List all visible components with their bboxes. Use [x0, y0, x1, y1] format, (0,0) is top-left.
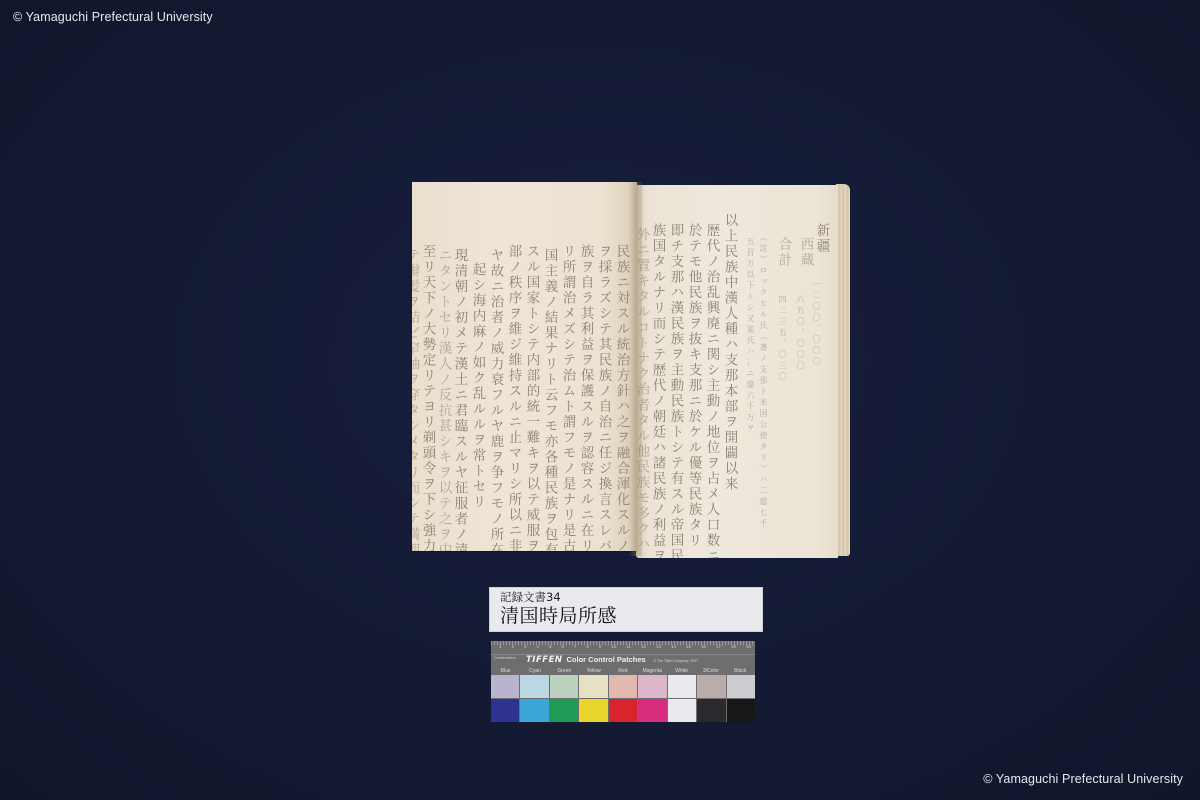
text-column: 即チ支那ハ漢民族ヲ主動民族トシテ有スル帝国民 — [668, 223, 682, 558]
ruler-number: 18 — [731, 644, 736, 649]
book-spine — [628, 182, 642, 556]
ruler-number: 11 — [626, 644, 631, 649]
ruler-number: 2 — [511, 644, 514, 649]
color-patch-saturated — [520, 699, 548, 722]
ruler-number: 13 — [656, 644, 661, 649]
text-column: ヤ故ニ治者ノ威力衰フルヤ鹿ヲ争フモノ所在蜂 — [488, 248, 502, 551]
ruler-number: 19 — [746, 644, 751, 649]
patch-column — [550, 675, 578, 722]
text-column: 至リ天下ノ大勢定リテヨリ剃頭令ヲ下シ強力ヲ以 — [420, 244, 434, 551]
text-column: 民族ニ対スル統治方針ハ之ヲ融合渾化スルノ政策 — [614, 244, 628, 551]
patch-labels: BlueCyanGreenYellowRedMagentaWhite3/Colo… — [491, 668, 755, 674]
ruler-number: 4 — [536, 644, 539, 649]
patch-label: 3/Color — [696, 668, 725, 674]
text-column: 族ヲ自ラ其利益ヲ保護スルヲ認容スルニ在リシナ — [578, 244, 592, 551]
copyright-credit-bottom: © Yamaguchi Prefectural University — [983, 772, 1183, 786]
patch-column — [579, 675, 607, 722]
collection-id: 記録文書34 — [500, 590, 752, 604]
color-patch-light — [609, 675, 637, 698]
text-column: 国主義ノ結果ナリト云フモ亦各種民族ヲ包有 — [542, 248, 556, 551]
patch-label: Black — [726, 668, 755, 674]
note-column: 五百万以下トシ又某氏ハ…ニ億六千万ヲ — [746, 237, 754, 435]
text-column: 新疆 — [814, 223, 828, 254]
text-column: ヲ採ラズシテ其民族ノ自治ニ任ジ換言スレバ其ノ民 — [596, 244, 610, 551]
patch-column — [520, 675, 548, 722]
color-patch-light — [520, 675, 548, 698]
ruler-number: 9 — [599, 644, 602, 649]
color-patch-saturated — [491, 699, 519, 722]
text-column: リ所謂治メズシテ治ムト謂フモノ是ナリ是古昔帝 — [560, 244, 574, 551]
text-column: 部ノ秩序ヲ維ジ維持スルニ止マリシ所以ニ非ズヤ — [506, 244, 520, 551]
color-patch-saturated — [550, 699, 578, 722]
color-patch-light — [727, 675, 755, 698]
figures-column: 四二三五、〇三〇 — [778, 295, 786, 383]
chart-title: Color Control Patches — [567, 655, 646, 664]
copyright-credit-top: © Yamaguchi Prefectural University — [13, 10, 213, 24]
patch-column — [638, 675, 666, 722]
patch-label: Green — [550, 668, 579, 674]
text-column: 於テモ他民族ヲ抜キ支那ニ於ケル優等民族タリ — [686, 223, 700, 549]
right-page: 新疆 西蔵 合計 一二〇〇、〇〇〇 六五〇、〇〇〇 四二三五、〇三〇 （註）ロッ… — [636, 185, 838, 558]
note-column: （註）ロックヒル氏（著ノ支那ト米国公使タリ）ハ二億七千 — [759, 233, 767, 530]
ruler-number: 17 — [716, 644, 721, 649]
chart-brand-row: TIFFEN Color Control Patches © The Tiffe… — [526, 655, 698, 665]
ruler: 12345678910111213141516171819 — [491, 641, 755, 655]
chart-copyright: © The Tiffen Company, 2007 — [654, 659, 698, 663]
text-column: スル国家トシテ内部的統一難キヲ以テ威服ヲ以テ外 — [524, 244, 538, 551]
figures-column: 一二〇〇、〇〇〇 — [812, 280, 820, 368]
ruler-number: 5 — [549, 644, 552, 649]
patch-label: Magenta — [638, 668, 667, 674]
catalog-label-card: 記録文書34 清国時局所感 — [489, 587, 763, 632]
page-edges — [836, 184, 850, 556]
open-manuscript-book: 新疆 西蔵 合計 一二〇〇、〇〇〇 六五〇、〇〇〇 四二三五、〇三〇 （註）ロッ… — [408, 180, 853, 562]
color-patch-light — [579, 675, 607, 698]
text-column: 歴代ノ治乱興廃ニ関シ主動ノ地位ヲ占メ人口数ニ — [704, 223, 718, 558]
ruler-number: 14 — [671, 644, 676, 649]
patch-column — [491, 675, 519, 722]
color-patch-saturated — [697, 699, 725, 722]
patch-label: Blue — [491, 668, 520, 674]
text-column: ニタントセリ漢人ノ反抗甚シキヲ以テ之ヲ中止シ頭髪 — [436, 248, 450, 551]
color-patch-saturated — [668, 699, 696, 722]
patch-label: Yellow — [579, 668, 608, 674]
ruler-number: 1 — [499, 644, 502, 649]
text-column: 合計 — [776, 237, 790, 268]
figures-column: 六五〇、〇〇〇 — [796, 295, 804, 372]
ruler-number: 16 — [701, 644, 706, 649]
patch-column — [697, 675, 725, 722]
color-patches — [491, 675, 755, 722]
tiffen-logo: TIFFEN — [526, 655, 563, 665]
text-column: 西蔵 — [798, 237, 812, 268]
patch-label: White — [667, 668, 696, 674]
ruler-number: 10 — [611, 644, 616, 649]
document-title: 清国時局所感 — [500, 604, 752, 628]
color-patch-light — [668, 675, 696, 698]
patch-label: Red — [608, 668, 637, 674]
text-column: 族国タルナリ而シテ歴代ノ朝廷ハ諸民族ノ利益ヲ度 — [650, 223, 664, 558]
color-control-chart: 12345678910111213141516171819 Centimeter… — [491, 641, 755, 722]
ruler-number: 7 — [574, 644, 577, 649]
ruler-number: 15 — [686, 644, 691, 649]
color-patch-saturated — [609, 699, 637, 722]
color-patch-saturated — [638, 699, 666, 722]
color-patch-saturated — [579, 699, 607, 722]
patch-column — [668, 675, 696, 722]
patch-column — [609, 675, 637, 722]
text-column: 現清朝ノ初メテ漢土ニ君臨スルヤ征服者ノ清ノ剃髪 — [452, 248, 466, 551]
color-patch-saturated — [727, 699, 755, 722]
color-patch-light — [550, 675, 578, 698]
ruler-number: 3 — [524, 644, 527, 649]
patch-column — [727, 675, 755, 722]
ruler-number: 12 — [641, 644, 646, 649]
ruler-numbers: 12345678910111213141516171819 — [499, 644, 751, 649]
color-patch-light — [491, 675, 519, 698]
ruler-number: 8 — [586, 644, 589, 649]
ruler-number: 6 — [561, 644, 564, 649]
left-page: 民族ニ対スル統治方針ハ之ヲ融合渾化スルノ政策 ヲ採ラズシテ其民族ノ自治ニ任ジ換言… — [412, 182, 637, 551]
ruler-unit-label: Centimeters — [494, 655, 516, 660]
text-column: 以上民族中漢人種ハ支那本部ヲ開闢以来 — [722, 213, 736, 492]
color-patch-light — [697, 675, 725, 698]
color-patch-light — [638, 675, 666, 698]
patch-label: Cyan — [520, 668, 549, 674]
text-column: テ辮髪ヲ結ビ窄袖ヲ穿タシメタリ而シテ満朝又漢 — [412, 248, 418, 551]
text-column: 起シ海内麻ノ如ク乱ルルヲ常トセリ — [470, 262, 484, 510]
